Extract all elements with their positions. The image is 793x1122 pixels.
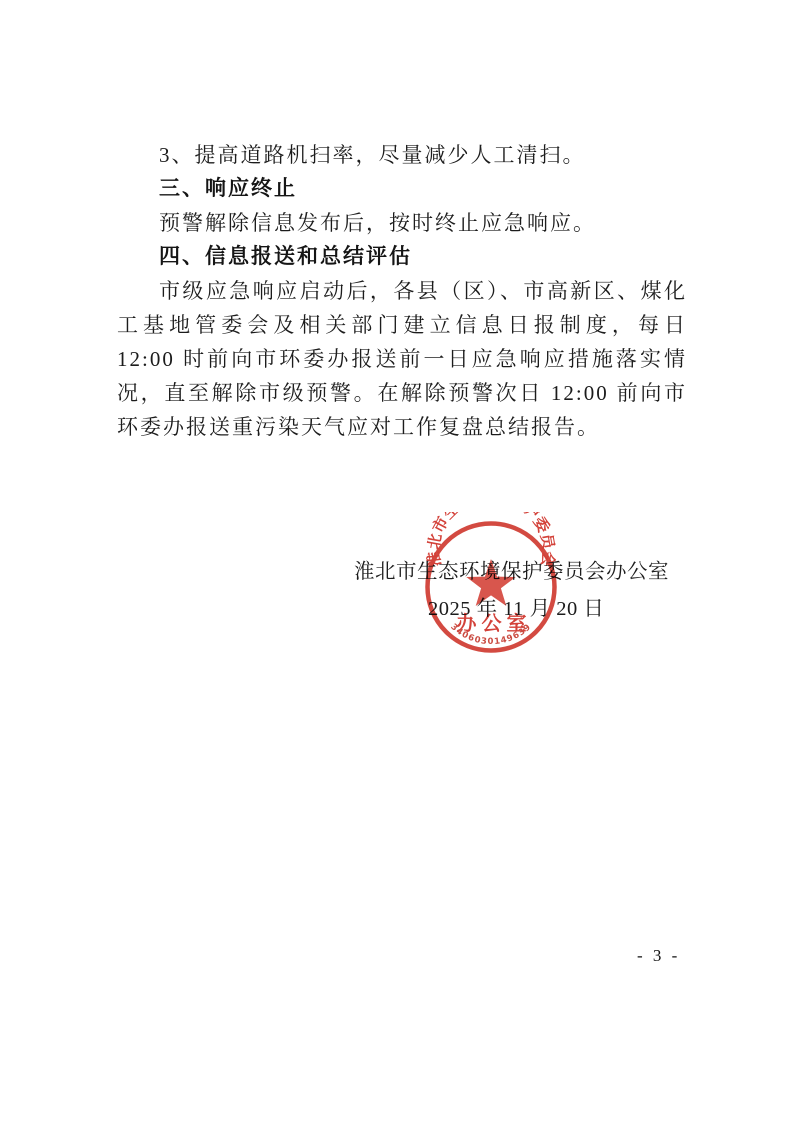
star-icon bbox=[466, 559, 515, 606]
section-heading-reporting: 四、信息报送和总结评估 bbox=[117, 240, 687, 274]
page-number: - 3 - bbox=[637, 946, 680, 966]
document-body: 3、提高道路机扫率，尽量减少人工清扫。 三、响应终止 预警解除信息发布后，按时终… bbox=[117, 138, 687, 444]
official-seal: 淮北市生态环境保护委员会 办公室 3406030149639 bbox=[416, 512, 566, 662]
body-paragraph: 市级应急响应启动后，各县（区）、市高新区、煤化工基地管委会及相关部门建立信息日报… bbox=[117, 274, 687, 444]
body-line: 预警解除信息发布后，按时终止应急响应。 bbox=[117, 206, 687, 240]
section-heading-response-end: 三、响应终止 bbox=[117, 172, 687, 206]
document-page: 3、提高道路机扫率，尽量减少人工清扫。 三、响应终止 预警解除信息发布后，按时终… bbox=[0, 0, 793, 1122]
body-line: 3、提高道路机扫率，尽量减少人工清扫。 bbox=[117, 138, 687, 172]
